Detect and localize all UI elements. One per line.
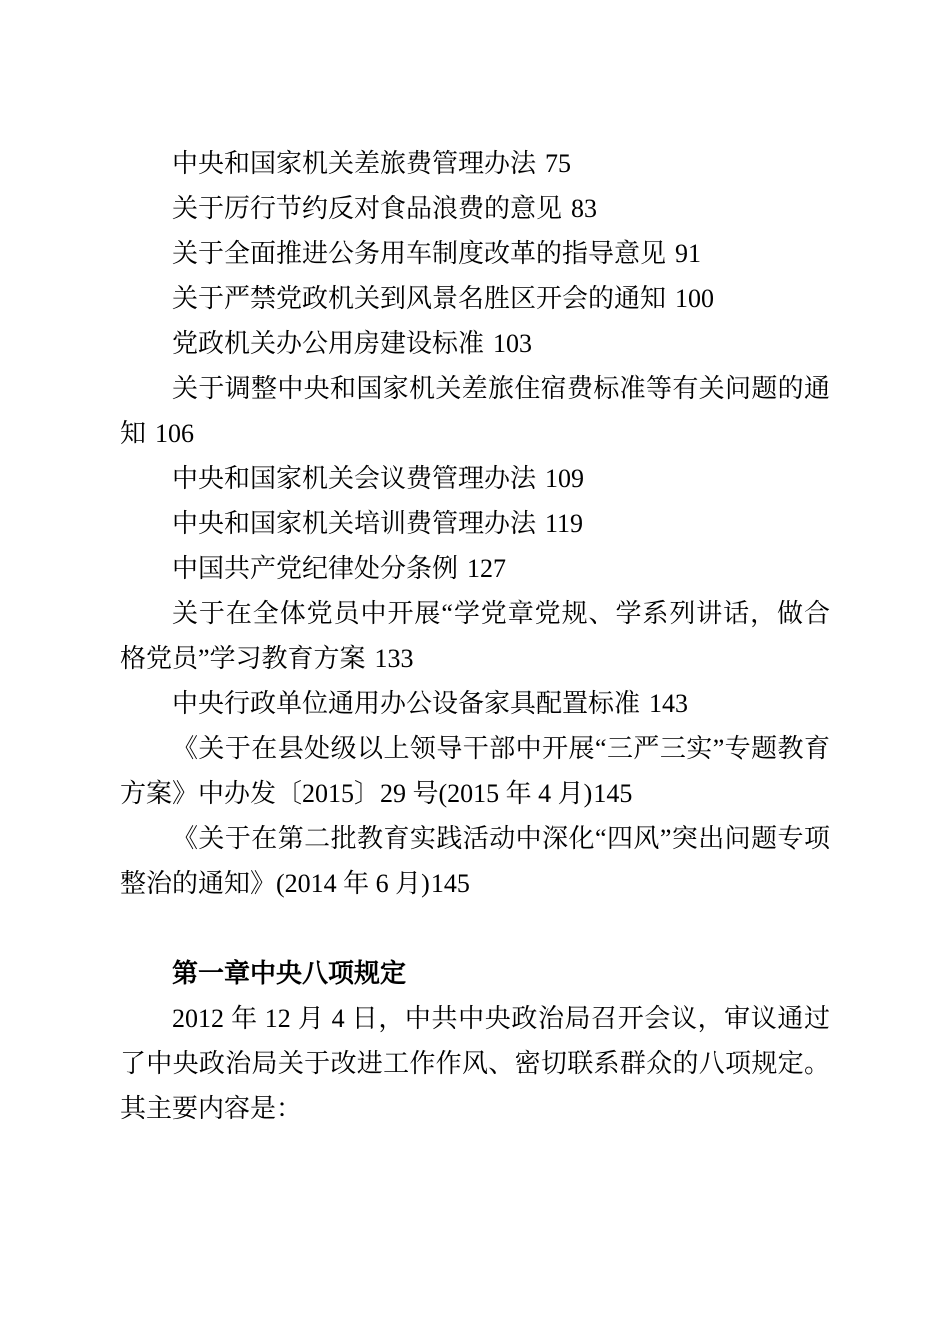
toc-entry: 关于全面推进公务用车制度改革的指导意见91 [120,231,830,276]
toc-entry: 党政机关办公用房建设标准103 [120,321,830,366]
document-body: 中央和国家机关差旅费管理办法75 关于厉行节约反对食品浪费的意见83 关于全面推… [120,141,830,1131]
toc-page-number: 75 [545,149,571,178]
toc-entry-title: 关于厉行节约反对食品浪费的意见 [172,194,562,223]
toc-entry: 关于在全体党员中开展“学党章党规、学系列讲话，做合格党员”学习教育方案133 [120,591,830,681]
toc-entry-title: 中央和国家机关会议费管理办法 [172,464,536,493]
toc-entry: 关于调整中央和国家机关差旅住宿费标准等有关问题的通知106 [120,366,830,456]
toc-page-number: 145 [593,779,632,808]
table-of-contents: 中央和国家机关差旅费管理办法75 关于厉行节约反对食品浪费的意见83 关于全面推… [120,141,830,906]
toc-entry-title: 关于严禁党政机关到风景名胜区开会的通知 [172,284,666,313]
toc-entry: 《关于在县处级以上领导干部中开展“三严三实”专题教育方案》中办发〔2015〕29… [120,726,830,816]
toc-entry: 《关于在第二批教育实践活动中深化“四风”突出问题专项整治的通知》(2014 年 … [120,816,830,906]
toc-entry-title: 关于调整中央和国家机关差旅住宿费标准等有关问题的通知 [120,374,830,448]
toc-page-number: 103 [493,329,532,358]
toc-entry: 中央和国家机关会议费管理办法109 [120,456,830,501]
toc-entry-title: 中央行政单位通用办公设备家具配置标准 [172,689,640,718]
chapter-paragraph: 2012 年 12 月 4 日，中共中央政治局召开会议，审议通过了中央政治局关于… [120,996,830,1131]
document-page: 中央和国家机关差旅费管理办法75 关于厉行节约反对食品浪费的意见83 关于全面推… [0,0,950,1344]
toc-entry-title: 中央和国家机关差旅费管理办法 [172,149,536,178]
toc-page-number: 109 [545,464,584,493]
toc-entry-title: 《关于在第二批教育实践活动中深化“四风”突出问题专项整治的通知》(2014 年 … [120,824,830,898]
toc-entry: 中央行政单位通用办公设备家具配置标准143 [120,681,830,726]
toc-page-number: 106 [155,419,194,448]
chapter-heading: 第一章中央八项规定 [120,951,830,996]
toc-entry: 中国共产党纪律处分条例127 [120,546,830,591]
toc-page-number: 100 [675,284,714,313]
toc-entry-title: 《关于在县处级以上领导干部中开展“三严三实”专题教育方案》中办发〔2015〕29… [120,734,830,808]
toc-entry: 中央和国家机关差旅费管理办法75 [120,141,830,186]
toc-page-number: 145 [431,869,470,898]
toc-page-number: 133 [375,644,414,673]
toc-entry-title: 关于在全体党员中开展“学党章党规、学系列讲话，做合格党员”学习教育方案 [120,599,830,673]
toc-page-number: 127 [467,554,506,583]
toc-entry: 中央和国家机关培训费管理办法119 [120,501,830,546]
toc-entry-title: 党政机关办公用房建设标准 [172,329,484,358]
toc-entry: 关于严禁党政机关到风景名胜区开会的通知100 [120,276,830,321]
toc-page-number: 83 [571,194,597,223]
toc-entry-title: 中国共产党纪律处分条例 [172,554,458,583]
toc-entry-title: 中央和国家机关培训费管理办法 [172,509,536,538]
toc-page-number: 91 [675,239,701,268]
toc-page-number: 143 [649,689,688,718]
toc-entry-title: 关于全面推进公务用车制度改革的指导意见 [172,239,666,268]
toc-page-number: 119 [545,509,583,538]
toc-entry: 关于厉行节约反对食品浪费的意见83 [120,186,830,231]
